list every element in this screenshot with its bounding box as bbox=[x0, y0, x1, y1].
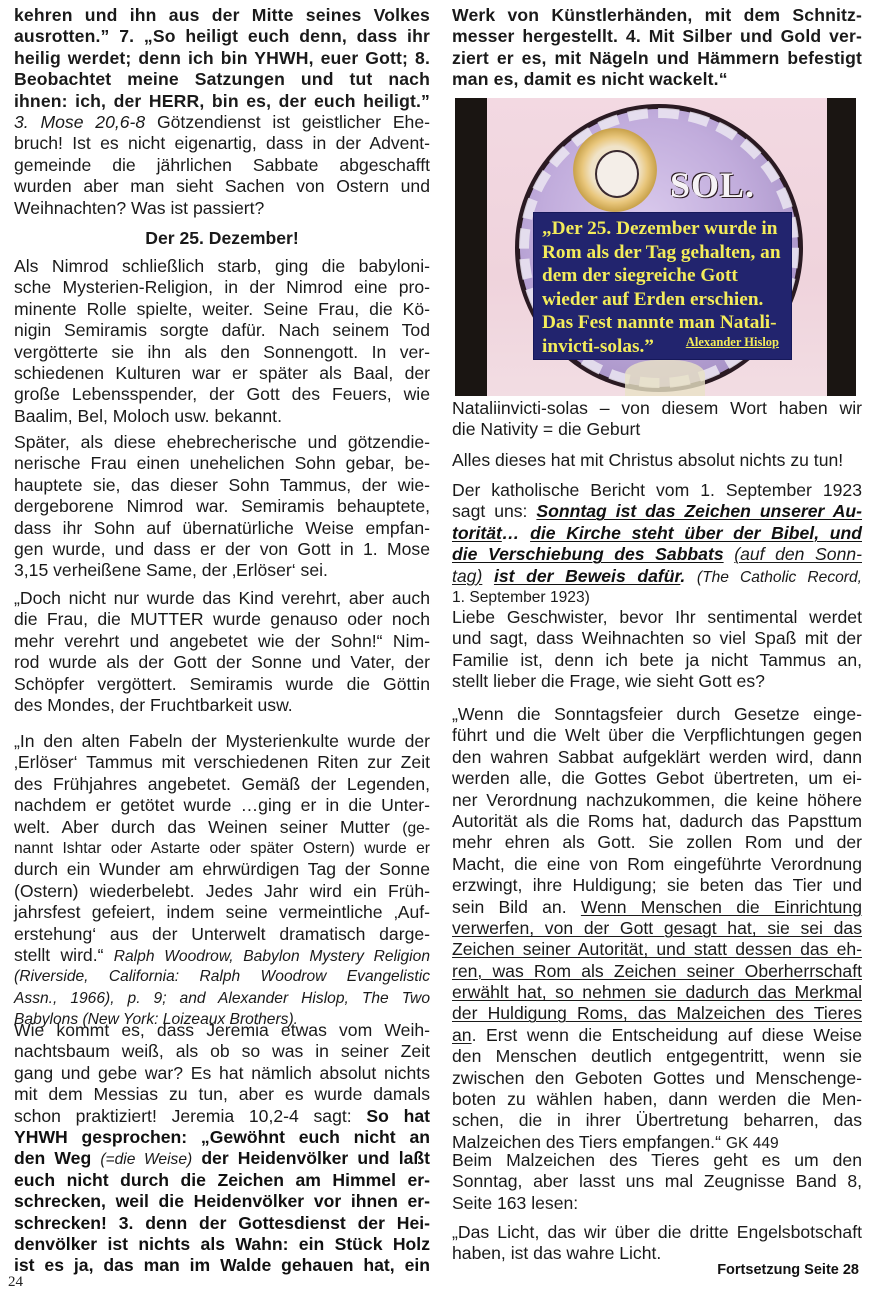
text-line: ‚Erlöser‘ Tammus mit verschiedenen Riten… bbox=[14, 752, 430, 773]
text-line: ausrotten.” 7. „So heiligt euch denn, da… bbox=[14, 26, 430, 47]
text-line: Weihnachten? Was ist passiert? bbox=[14, 198, 430, 219]
continuation-note: Fortsetzung Seite 28 bbox=[717, 1262, 859, 1278]
paragraph-light: „Das Licht, das wir über die dritte Enge… bbox=[452, 1222, 862, 1265]
text-line: gen wurde, und dass er der von Gott in 1… bbox=[14, 539, 430, 560]
text-line: mehr ehren als Gott. Sie zollen Rom und … bbox=[452, 832, 862, 853]
text-line: dergeborene Nimrod war. Semiramis behaup… bbox=[14, 496, 430, 517]
underlined-text: Zeichen seiner Autorität, und statt dess… bbox=[452, 939, 862, 960]
text-line: minente Rolle spielte, weiter. Seine Fra… bbox=[14, 299, 430, 320]
text-line: schon praktiziert! Jeremia 10,2-4 sagt: … bbox=[14, 1106, 430, 1127]
text-line: Liebe Geschwister, bevor Ihr sentimental… bbox=[452, 607, 862, 628]
underlined-text: erwählt hat, so nehmen sie dadurch das M… bbox=[452, 982, 862, 1003]
text-span: welt. Aber durch das Weinen seiner Mutte… bbox=[14, 817, 390, 837]
emphasis-quote: die Verschiebung des Sabbats bbox=[452, 544, 724, 564]
paragraph-christ: Alles dieses hat mit Christus absolut ni… bbox=[452, 450, 862, 471]
text-line: ist es ja, das man im Walde gehauen hat,… bbox=[14, 1255, 430, 1276]
underlined-text: Wenn Menschen die Einrichtung bbox=[581, 897, 862, 917]
text-span: (ge- bbox=[402, 820, 430, 837]
text-span: … bbox=[502, 523, 520, 543]
text-line: nachtsbaum weiß, als ob so was in seiner… bbox=[14, 1041, 430, 1062]
text-line: nerische Frau einen unehelichen Sohn geb… bbox=[14, 453, 430, 474]
text-line: und sagt, dass Weihnachten so viel Spaß … bbox=[452, 628, 862, 649]
text-line: 3,15 verheißene Same, der ‚Erlöser‘ sei. bbox=[14, 560, 430, 581]
quote-line: Rom als der Tag gehalten, an bbox=[542, 241, 785, 265]
paragraph-catholic-record: Der katholische Bericht vom 1. September… bbox=[452, 480, 862, 608]
text-line: gang und gebe war? Es hat nämlich absolu… bbox=[14, 1063, 430, 1084]
text-line: hauptete sie, das dieser Sohn Tammus, de… bbox=[14, 475, 430, 496]
text-span: schon praktiziert! Jeremia 10,2-4 sagt: bbox=[14, 1106, 352, 1126]
underlined-text: der Huldigung Roms, das Malzeichen des T… bbox=[452, 1003, 862, 1024]
scripture-quote-jeremiah-cont: Werk von Künstlerhänden, mit dem Schnitz… bbox=[452, 5, 862, 91]
paragraph-tammus: Später, als diese ehebrecherische und gö… bbox=[14, 432, 430, 582]
text-line: Werk von Künstlerhänden, mit dem Schnitz… bbox=[452, 5, 862, 26]
text-line: führt und die Welt über die Verpflichtun… bbox=[452, 725, 862, 746]
text-line: boten zu wählen haben, dann werden die M… bbox=[452, 1089, 862, 1110]
scripture-quote-leviticus: kehren und ihn aus der Mitte seines Volk… bbox=[14, 5, 430, 112]
text-line: Alles dieses hat mit Christus absolut ni… bbox=[452, 450, 862, 471]
paragraph-mother: „Doch nicht nur wurde das Kind verehrt, … bbox=[14, 588, 430, 716]
text-line: 3. Mose 20,6-8 Götzendienst ist geistlic… bbox=[14, 112, 430, 133]
text-line: Der katholische Bericht vom 1. September… bbox=[452, 480, 862, 501]
text-span: stellt wird.“ bbox=[14, 945, 103, 965]
text-line: vergötterte sie ihn als den Sonnengott. … bbox=[14, 342, 430, 363]
emphasis-quote: torität bbox=[452, 523, 502, 543]
text-line: tag) ist der Beweis dafür. (The Catholic… bbox=[452, 566, 862, 587]
text-line: wurden aber man sieht Sachen von Ostern … bbox=[14, 176, 430, 197]
paragraph-idolatry: 3. Mose 20,6-8 Götzendienst ist geistlic… bbox=[14, 112, 430, 219]
text-line: Wie kommt es, dass Jeremia etwas vom Wei… bbox=[14, 1020, 430, 1041]
text-line: die Verschiebung des Sabbats (auf den So… bbox=[452, 544, 862, 565]
citation: Ralph Woodrow, Babylon Mystery Religion bbox=[114, 948, 430, 965]
paragraph-sunday-law-quote: „Wenn die Sonntagsfeier durch Gesetze ei… bbox=[452, 704, 862, 1153]
text-line: nigin Semiramis sorgte dafür. Nach seine… bbox=[14, 320, 430, 341]
text-line: werden alle, die Gottes Gebot übertreten… bbox=[452, 768, 862, 789]
text-line: Schöpfer vergöttert. Semiramis wurde die… bbox=[14, 674, 430, 695]
text-line: an. Erst wenn die Entscheidung auf diese… bbox=[452, 1025, 862, 1046]
text-line: welt. Aber durch das Weinen seiner Mutte… bbox=[14, 817, 430, 838]
paragraph-nativity: Nataliinvicti-solas – von diesem Wort ha… bbox=[452, 398, 862, 441]
text-span: der Heidenvölker und laßt bbox=[201, 1148, 430, 1168]
paragraph-jeremiah: Wie kommt es, dass Jeremia etwas vom Wei… bbox=[14, 1020, 430, 1277]
quote-line: wieder auf Erden erschien. bbox=[542, 288, 785, 312]
text-line: rod wurde als der Gott der Sonne und Vat… bbox=[14, 652, 430, 673]
text-line: Macht, die eine von Rom eingeführte Vero… bbox=[452, 854, 862, 875]
text-line: heilig werdet; denn ich bin YHWH, euer G… bbox=[14, 48, 430, 69]
text-line: denvölker ist nichts als Wahn: ein Stück… bbox=[14, 1234, 430, 1255]
text-span: sagt uns: bbox=[452, 501, 527, 521]
text-line: durch ein Wunder am ehrwürdigen Tag der … bbox=[14, 859, 430, 880]
text-line: Familie ist, denn ich bete ja nicht Tamm… bbox=[452, 650, 862, 671]
citation-line: Assn., 1966), p. 9; and Alexander Hislop… bbox=[14, 988, 430, 1009]
text-line: erzwingt, ihre Huldigung; sie beten das … bbox=[452, 875, 862, 896]
text-line: nachdem er getötet wurde …ging er in die… bbox=[14, 795, 430, 816]
emphasis-quote: ist der Beweis dafür bbox=[494, 566, 680, 586]
quote-line: Das Fest nannte man Natali- bbox=[542, 311, 785, 335]
text-line: sche Mysterien-Religion, in der Nimrod e… bbox=[14, 277, 430, 298]
text-line: Baalim, Bel, Moloch usw. bekannt. bbox=[14, 406, 430, 427]
underlined-text: an bbox=[452, 1025, 472, 1045]
paragraph-fables: „In den alten Fabeln der Mysterienkulte … bbox=[14, 731, 430, 1030]
text-line: Als Nimrod schließlich starb, ging die b… bbox=[14, 256, 430, 277]
text-line: stellt lieber die Frage, wie sieht Gott … bbox=[452, 671, 862, 692]
text-line: des Frühjahres angebetet. Gemäß der Lege… bbox=[14, 774, 430, 795]
text-line: erstehung‘ aus der Unterwelt dramatisch … bbox=[14, 924, 430, 945]
text-line: sagt uns: Sonntag ist das Zeichen unsere… bbox=[452, 501, 862, 522]
text-line: sein Bild an. Wenn Menschen die Einricht… bbox=[452, 897, 862, 918]
text-line: Beim Malzeichen des Tieres geht es um de… bbox=[452, 1150, 862, 1171]
text-line: den Menschen deutlich entgegentritt, wen… bbox=[452, 1046, 862, 1067]
text-line: stellt wird.“ Ralph Woodrow, Babylon Mys… bbox=[14, 945, 430, 966]
underlined-text: verwerfen, von der Gott gesagt hat, sie … bbox=[452, 918, 862, 939]
text-line: gemeinde die jährlichen Sabbate abgescha… bbox=[14, 155, 430, 176]
text-line: nannt Ishtar oder Astarte oder später Os… bbox=[14, 838, 430, 859]
text-line: die Nativity = die Geburt bbox=[452, 419, 862, 440]
text-line: zwischen den Geboten Gottes und Menschen… bbox=[452, 1068, 862, 1089]
text-line: „In den alten Fabeln der Mysterienkulte … bbox=[14, 731, 430, 752]
text-line: „Doch nicht nur wurde das Kind verehrt, … bbox=[14, 588, 430, 609]
underlined-text: ren, was Rom als Zeichen seiner Oberherr… bbox=[452, 961, 862, 982]
emphasis-quote: Sonntag ist das Zeichen unserer Au- bbox=[536, 501, 862, 521]
text-line: mit dem Messias zu tun, aber es wurde da… bbox=[14, 1084, 430, 1105]
page-number: 24 bbox=[8, 1274, 23, 1291]
text-line: schiedenen Kulturen war er später als Ba… bbox=[14, 363, 430, 384]
text-line: Nataliinvicti-solas – von diesem Wort ha… bbox=[452, 398, 862, 419]
paragraph-mark-of-beast: Beim Malzeichen des Tieres geht es um de… bbox=[452, 1150, 862, 1214]
text-line: Sonntag, aber lasst uns mal Zeugnisse Ba… bbox=[452, 1171, 862, 1192]
text-span: Götzendienst ist geistlicher Ehe- bbox=[145, 112, 430, 132]
text-span: Malzeichen des Tiers empfangen.“ bbox=[452, 1132, 721, 1152]
text-line: dass ihr Sohn auf übernatürliche Weise e… bbox=[14, 518, 430, 539]
text-line: ihnen: ich, der HERR, bin es, der euch h… bbox=[14, 91, 430, 112]
text-span: (=die Weise) bbox=[100, 1151, 192, 1168]
text-line: „Wenn die Sonntagsfeier durch Gesetze ei… bbox=[452, 704, 862, 725]
scripture-reference: 3. Mose 20,6-8 bbox=[14, 112, 145, 132]
text-span: den Weg bbox=[14, 1148, 91, 1168]
text-line: ner Verordnung nachzukommen, die keine h… bbox=[452, 790, 862, 811]
text-line: die Frau, die MUTTER wurde genauso oder … bbox=[14, 609, 430, 630]
sol-inscription: SOL. bbox=[670, 164, 755, 206]
text-line: jahrsfest gefeiert, indem seine vermeint… bbox=[14, 902, 430, 923]
text-line: man es, damit es nicht wackelt.“ bbox=[452, 69, 862, 90]
text-span: . Erst wenn die Entscheidung auf diese W… bbox=[472, 1025, 862, 1045]
text-span: (auf den Sonn- bbox=[734, 544, 862, 564]
text-line: mehr verehrt und angebetet wie der Sohn!… bbox=[14, 631, 430, 652]
text-line: euch nicht durch die Zeichen am Himmel e… bbox=[14, 1170, 430, 1191]
text-line: messer hergestellt. 4. Mit Silber und Go… bbox=[452, 26, 862, 47]
text-line: kehren und ihn aus der Mitte seines Volk… bbox=[14, 5, 430, 26]
hislop-quote-box: „Der 25. Dezember wurde in Rom als der T… bbox=[533, 212, 792, 360]
source-citation: (The Catholic Record, bbox=[697, 569, 862, 586]
text-span: . bbox=[680, 566, 685, 586]
text-line: Autorität als die Roms hat, dadurch das … bbox=[452, 811, 862, 832]
emphasis-quote: die Kirche steht über der Bibel, und bbox=[530, 523, 862, 543]
paragraph-siblings: Liebe Geschwister, bevor Ihr sentimental… bbox=[452, 607, 862, 693]
text-line: Beobachtet meine Satzungen und tut nach bbox=[14, 69, 430, 90]
paragraph-nimrod: Als Nimrod schließlich starb, ging die b… bbox=[14, 256, 430, 427]
source-citation: 1. September 1923) bbox=[452, 587, 862, 608]
text-line: schrecken, weil die Heidenvölker vor ihn… bbox=[14, 1191, 430, 1212]
text-line: (Ostern) wiederbelebt. Jedes Jahr wird e… bbox=[14, 881, 430, 902]
stained-glass-illustration: SOL. „Der 25. Dezember wurde in Rom als … bbox=[455, 98, 856, 396]
text-span: tag) bbox=[452, 566, 482, 586]
text-line: YHWH gesprochen: „Gewöhnt euch nicht an bbox=[14, 1127, 430, 1148]
text-line: schrecken! 3. denn der Gottesdienst der … bbox=[14, 1213, 430, 1234]
text-line: den wahren Sabbat aufgeklärt werden wird… bbox=[452, 747, 862, 768]
text-span: sein Bild an. bbox=[452, 897, 567, 917]
text-line: des Mondes, der Fruchtbarkeit usw. bbox=[14, 695, 430, 716]
text-line: „Das Licht, das wir über die dritte Enge… bbox=[452, 1222, 862, 1243]
quote-attribution: Alexander Hislop bbox=[686, 335, 779, 350]
text-line: ziert er es, mit Nägeln und Hämmern befe… bbox=[452, 48, 862, 69]
text-line: bruch! Ist es nicht eigenartig, dass in … bbox=[14, 133, 430, 154]
quote-line: „Der 25. Dezember wurde in bbox=[542, 217, 785, 241]
text-line: große Lebensspender, der Gott des Feuers… bbox=[14, 384, 430, 405]
glass-detail bbox=[625, 360, 705, 396]
text-span: So hat bbox=[366, 1106, 430, 1126]
child-figure-icon bbox=[595, 150, 639, 198]
citation-line: (Riverside, California: Ralph Woodrow Ev… bbox=[14, 966, 430, 987]
quote-line: dem der siegreiche Gott bbox=[542, 264, 785, 288]
heading-text: Der 25. Dezember! bbox=[14, 228, 430, 249]
text-line: Seite 163 lesen: bbox=[452, 1193, 862, 1214]
text-line: Später, als diese ehebrecherische und gö… bbox=[14, 432, 430, 453]
text-line: torität… die Kirche steht über der Bibel… bbox=[452, 523, 862, 544]
text-line: schen, die in ihrer Übertretung beharren… bbox=[452, 1110, 862, 1131]
text-line: den Weg (=die Weise) der Heidenvölker un… bbox=[14, 1148, 430, 1169]
section-heading: Der 25. Dezember! bbox=[14, 228, 430, 249]
